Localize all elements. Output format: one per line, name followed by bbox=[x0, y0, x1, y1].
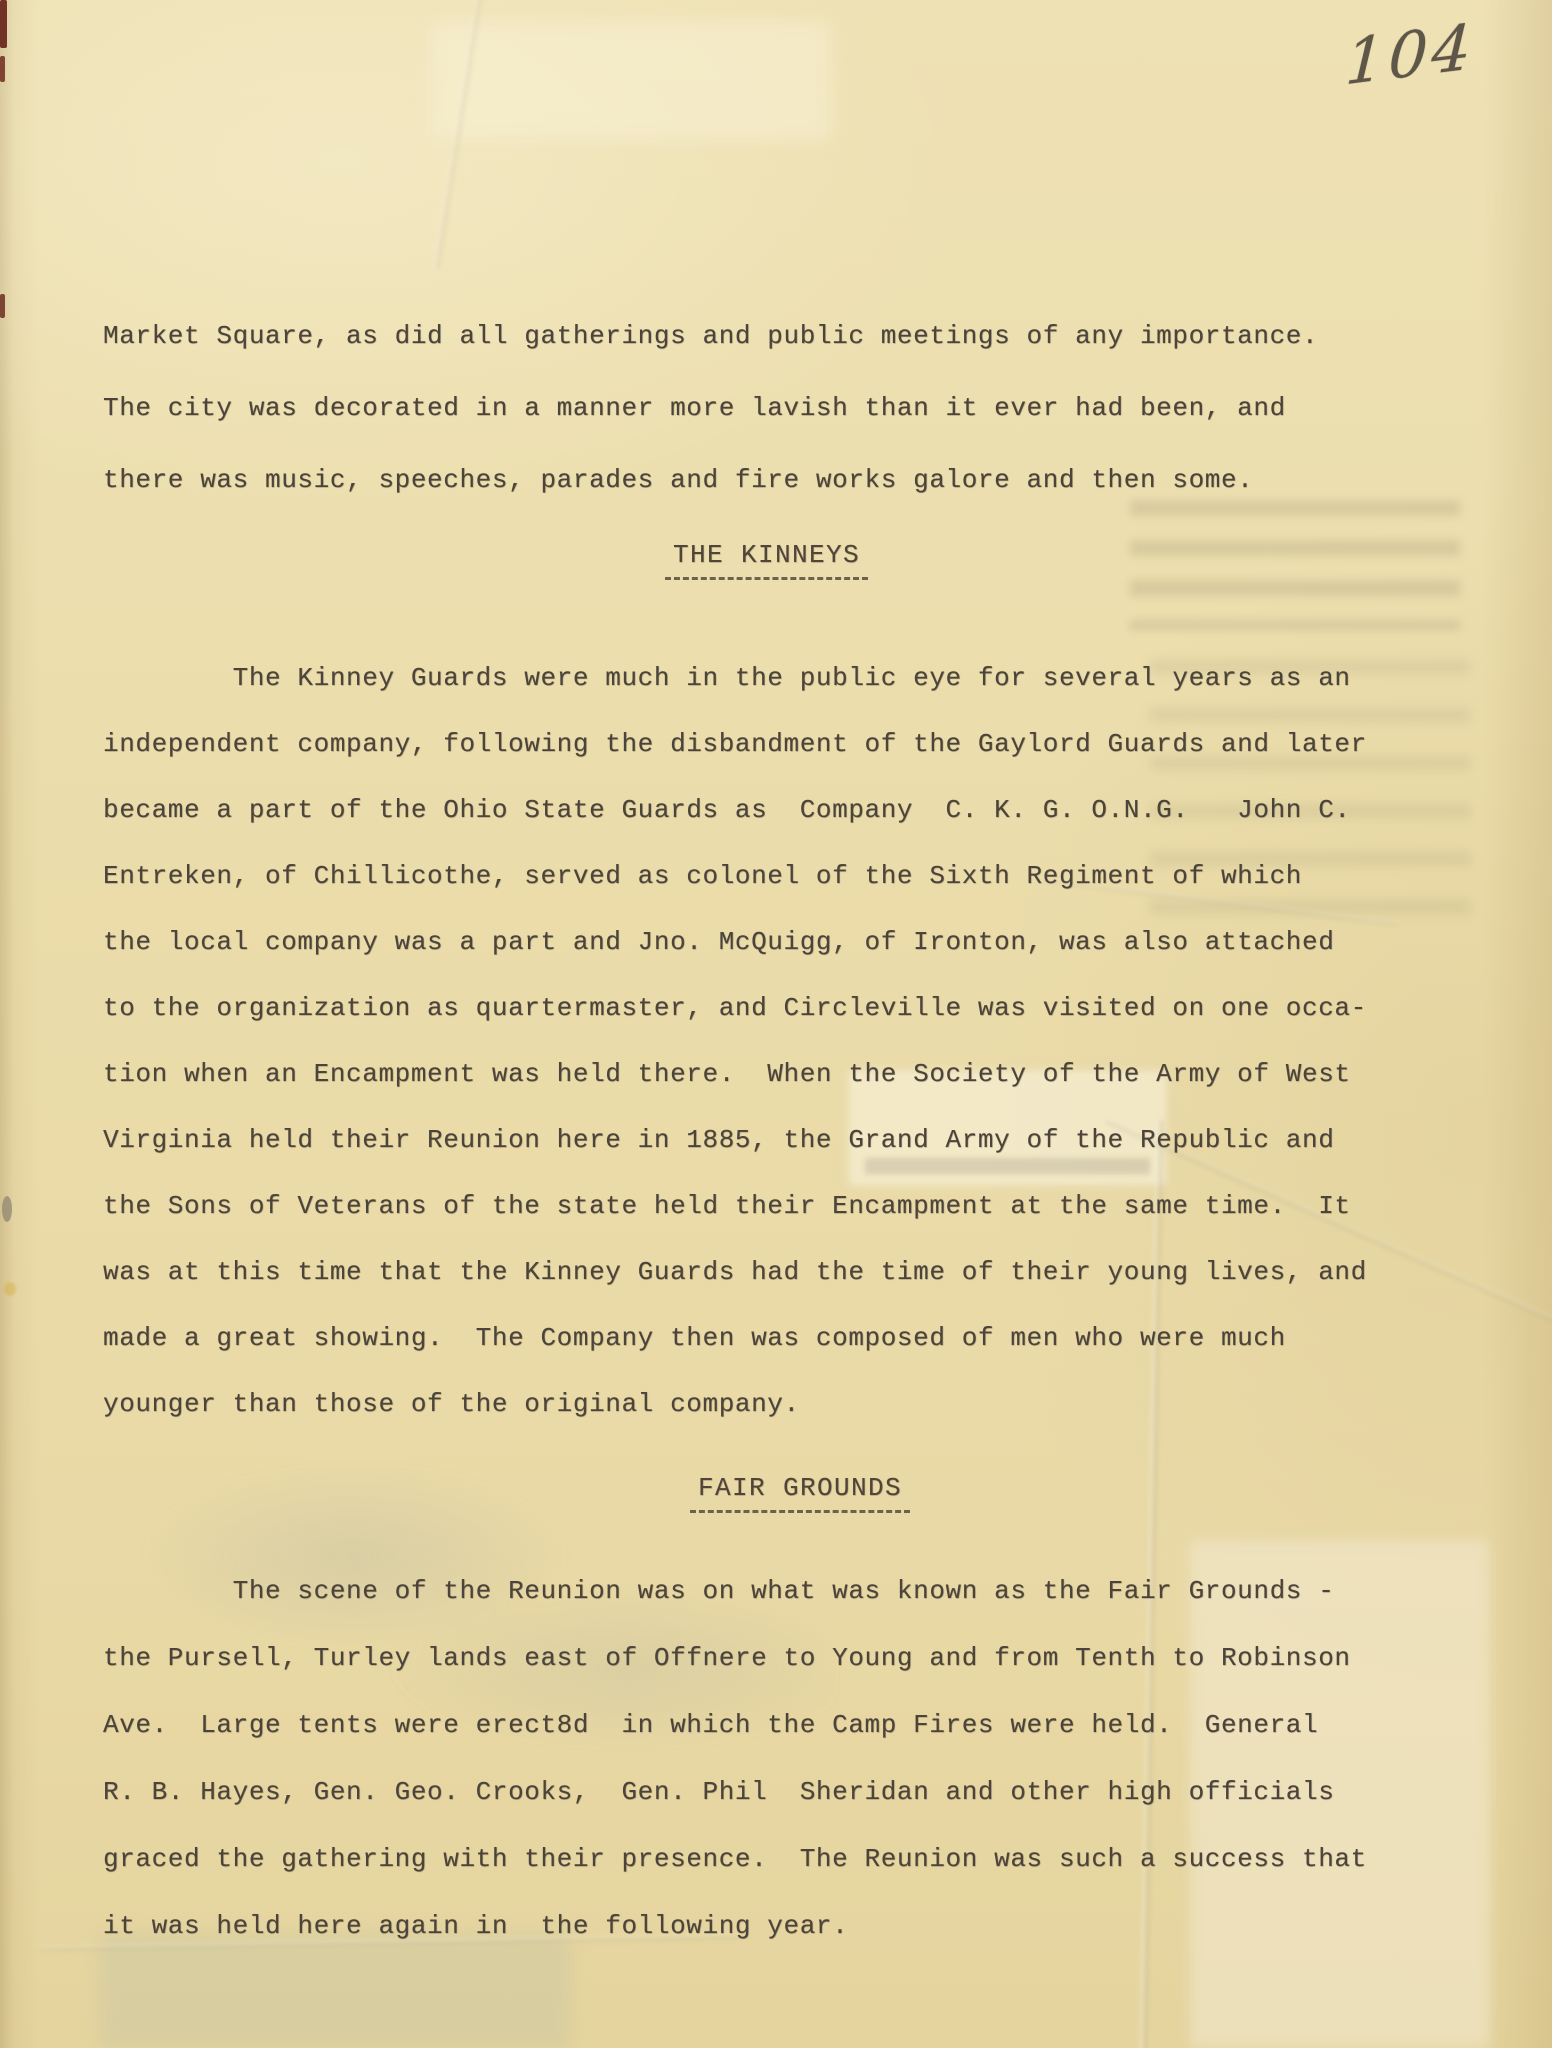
paper-stain bbox=[4, 1282, 16, 1296]
text-line: R. B. Hayes, Gen. Geo. Crooks, Gen. Phil… bbox=[103, 1759, 1367, 1826]
text-line: tion when an Encampment was held there. … bbox=[103, 1041, 1367, 1107]
text-line: the local company was a part and Jno. Mc… bbox=[103, 909, 1367, 975]
text-line: to the organization as quartermaster, an… bbox=[103, 975, 1367, 1041]
paragraph-fair-grounds: The scene of the Reunion was on what was… bbox=[103, 1558, 1367, 1960]
edge-speck bbox=[0, 294, 5, 318]
edge-speck bbox=[0, 0, 7, 48]
text-line: The city was decorated in a manner more … bbox=[103, 372, 1318, 444]
text-line: there was music, speeches, parades and f… bbox=[103, 444, 1318, 516]
edge-speck bbox=[2, 1196, 12, 1222]
text-line: became a part of the Ohio State Guards a… bbox=[103, 777, 1367, 843]
text-line: The Kinney Guards were much in the publi… bbox=[103, 645, 1367, 711]
manuscript-page: 104 Market Square, as did all gatherings… bbox=[0, 0, 1552, 2048]
text-line: Entreken, of Chillicothe, served as colo… bbox=[103, 843, 1367, 909]
page-number: 104 bbox=[1344, 10, 1477, 100]
text-line: Ave. Large tents were erect8d in which t… bbox=[103, 1692, 1367, 1759]
text-line: was at this time that the Kinney Guards … bbox=[103, 1239, 1367, 1305]
paper-light-patch bbox=[430, 22, 830, 140]
text-line: Market Square, as did all gatherings and… bbox=[103, 300, 1318, 372]
text-line: the Sons of Veterans of the state held t… bbox=[103, 1173, 1367, 1239]
text-line: Virginia held their Reunion here in 1885… bbox=[103, 1107, 1367, 1173]
edge-speck bbox=[0, 56, 5, 82]
section-heading-kinneys: THE KINNEYS bbox=[665, 540, 868, 580]
section-heading-fair-grounds: FAIR GROUNDS bbox=[690, 1473, 910, 1513]
paragraph-intro: Market Square, as did all gatherings and… bbox=[103, 300, 1318, 516]
text-line: younger than those of the original compa… bbox=[103, 1371, 1367, 1437]
paragraph-kinneys: The Kinney Guards were much in the publi… bbox=[103, 645, 1367, 1437]
text-line: graced the gathering with their presence… bbox=[103, 1826, 1367, 1893]
text-line: the Pursell, Turley lands east of Offner… bbox=[103, 1625, 1367, 1692]
text-line: made a great showing. The Company then w… bbox=[103, 1305, 1367, 1371]
text-line: independent company, following the disba… bbox=[103, 711, 1367, 777]
text-line: The scene of the Reunion was on what was… bbox=[103, 1558, 1367, 1625]
bleed-through-text-ghost bbox=[1130, 500, 1460, 630]
paper-crease bbox=[433, 0, 483, 269]
text-line: it was held here again in the following … bbox=[103, 1893, 1367, 1960]
